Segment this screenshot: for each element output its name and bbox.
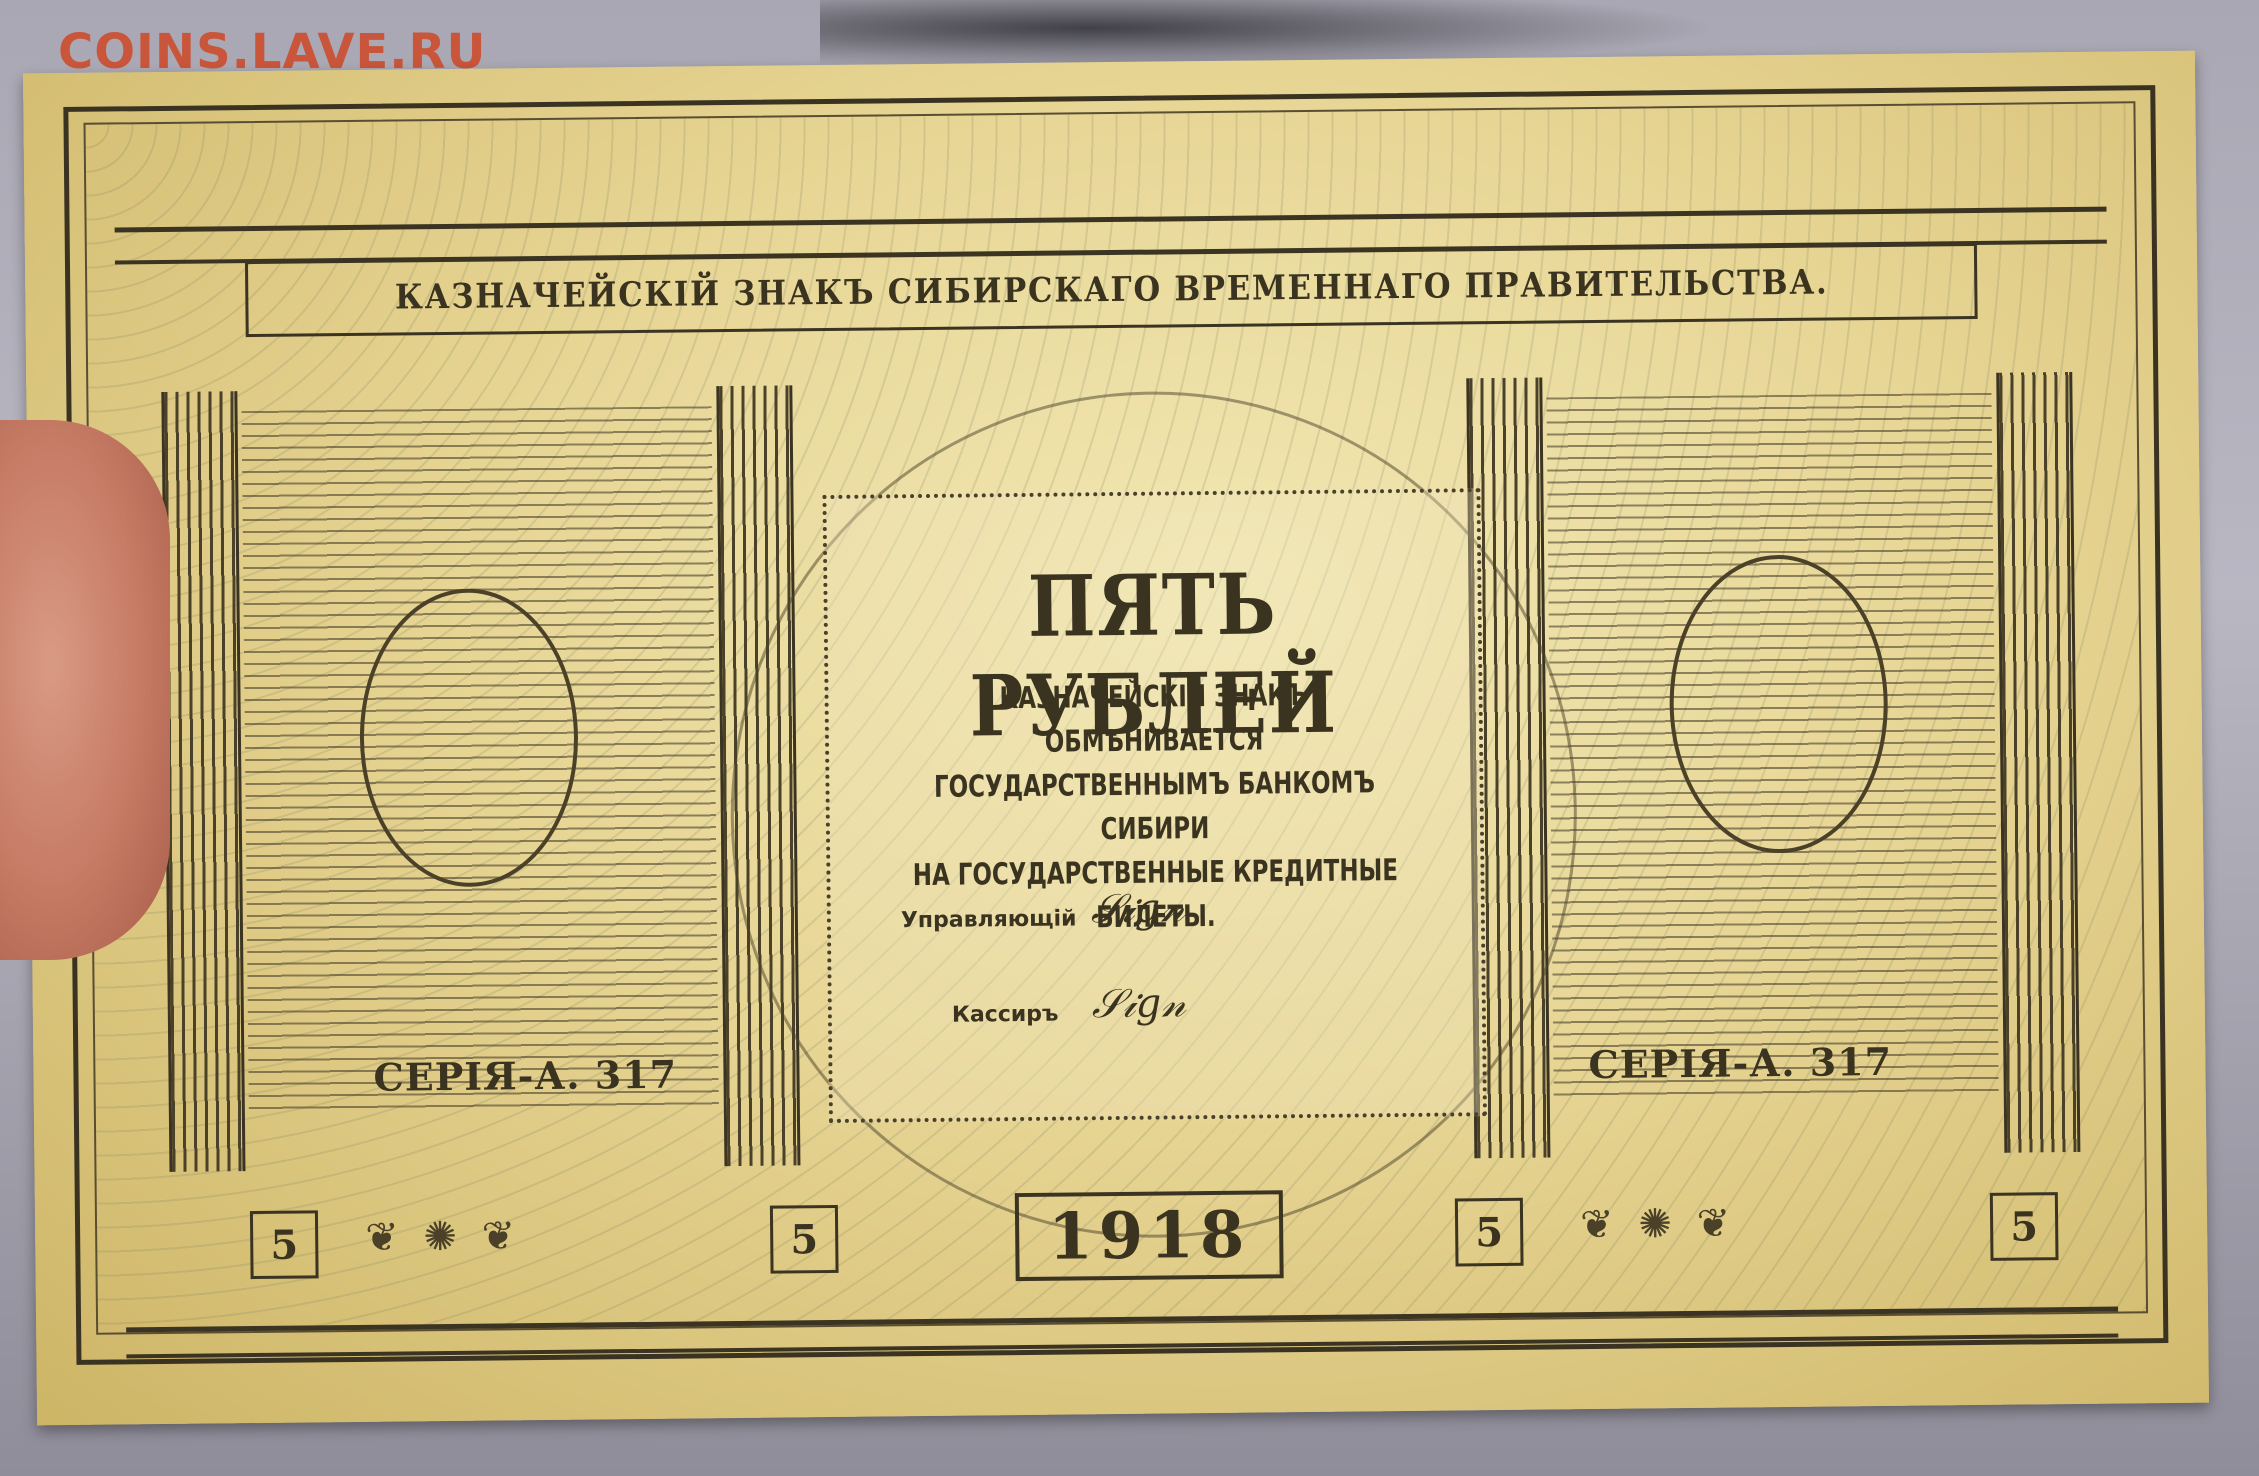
right-eagle-emblem bbox=[1668, 554, 1889, 854]
corner-value-1: 5 bbox=[250, 1210, 319, 1279]
manager-label: Управляющiй bbox=[901, 906, 1077, 933]
year: 1918 bbox=[1048, 1197, 1251, 1274]
exchange-line-1: КАЗНАЧЕЙСКIЙ ЗНАКЪ ОБМѢНИВАЕТСЯ bbox=[894, 673, 1413, 766]
column-left bbox=[161, 391, 245, 1172]
corner-value-4: 5 bbox=[1990, 1192, 2059, 1261]
ornament-left: ❦ ✺ ❦ bbox=[365, 1213, 521, 1261]
ornament-right: ❦ ✺ ❦ bbox=[1580, 1201, 1736, 1249]
center-panel: ПЯТЬ РУБЛЕЙ КАЗНАЧЕЙСКIЙ ЗНАКЪ ОБМѢНИВАЕ… bbox=[822, 488, 1487, 1123]
cashier-label: Кассиръ bbox=[952, 1002, 1059, 1028]
banknote: КАЗНАЧЕЙСКIЙ ЗНАКЪ СИБИРСКАГО ВРЕМЕННАГО… bbox=[23, 51, 2209, 1426]
year-box: 1918 bbox=[1015, 1190, 1284, 1281]
exchange-line-2: ГОСУДАРСТВЕННЫМЪ БАНКОМЪ СИБИРИ bbox=[895, 761, 1414, 854]
holding-thumb bbox=[0, 420, 170, 960]
series-left: СЕРIЯ-А. 317 bbox=[373, 1052, 677, 1100]
column-right bbox=[1996, 372, 2080, 1153]
corner-value-2: 5 bbox=[770, 1205, 839, 1274]
cashier-signature: 𝒮𝒾𝑔𝓃 bbox=[1092, 980, 1187, 1027]
left-eagle-emblem bbox=[358, 588, 579, 888]
manager-signature: 𝒮𝒾𝑔𝓃 bbox=[1091, 885, 1186, 932]
banknote-title: КАЗНАЧЕЙСКIЙ ЗНАКЪ СИБИРСКАГО ВРЕМЕННАГО… bbox=[394, 263, 1828, 318]
corner-value-3: 5 bbox=[1455, 1198, 1524, 1267]
series-right: СЕРIЯ-А. 317 bbox=[1588, 1039, 1892, 1087]
